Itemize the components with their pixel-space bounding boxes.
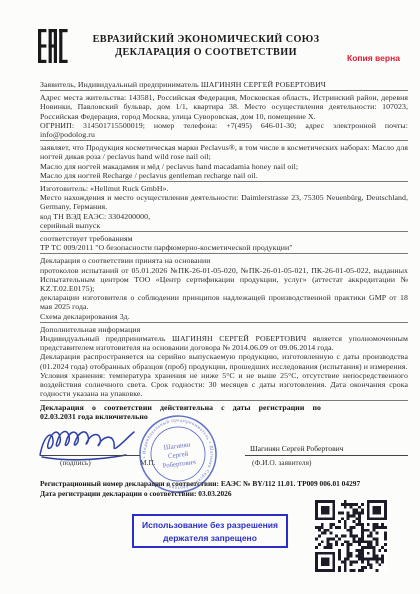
paragraph-declares: заявляет, что Продукция косметическая ма… [40,143,408,161]
stamp-name-line-2: Сергей [168,451,189,460]
paragraph-serial: серийный выпуск [40,221,408,232]
copy-valid-mark: Копия верна [347,53,400,63]
paragraph-tnved-code: код ТН ВЭД ЕАЭС: 3304200000, [40,212,408,221]
usage-restriction-box: Использование без разрешения держателя з… [132,514,288,548]
paragraph-additional-info: Дополнительная информация [40,325,408,334]
paragraph-serial-production: Декларация распространяется на серийно в… [40,352,408,370]
signature-line [40,455,140,456]
paragraph-manufacturer: Изготовитель: «Hellmut Ruck GmbH». [40,184,408,193]
paragraph-gmp: декларации изготовителя о соблюдении при… [40,293,408,311]
paragraph-scheme: Схема декларирования 3д. [40,312,408,323]
paragraph-validity-1: Декларация о соответствии действительна … [40,403,408,412]
eac-logo-icon [38,29,68,64]
signature-caption: (подпись) [60,458,91,467]
paragraph-contacts: ОГРНИП: 314501715500019; номер телефона:… [40,121,408,141]
registration-number-line: Регистрационный номер декларации о соотв… [40,479,408,489]
stamp-name-line-3: Робертович [162,459,196,470]
paragraph-address: Адрес места жительства: 143581, Российск… [40,93,408,121]
paragraph-product-2: Масло для ногтей макадамия и мёд / pecla… [40,162,408,171]
fio-caption: (Ф.И.О. заявителя) [252,458,311,467]
paragraph-complies: соответствует требованиям [40,234,408,243]
usage-restriction-line-1: Использование без разрешения [134,519,286,532]
paragraph-representative: Индивидуальный предприниматель ШАГИНЯН С… [40,334,408,352]
paragraph-tr-ts: ТР ТС 009/2011 "О безопасности парфюмерн… [40,243,408,254]
fio-line [245,455,408,456]
paragraph-storage: Условия хранения: температура хранения н… [40,371,408,401]
declaration-document: ЕАС ЕВРАЗИЙСКИЙ ЭКОНОМИЧЕСКИЙ СОЮЗ ДЕКЛА… [0,0,420,594]
applicant-name: Шагинян Сергей Робертович [250,444,344,453]
eac-logo-text: ЕАС [0,0,1,1]
paragraph-product-3: Масло для ногтей Recharge / peclavus gen… [40,171,408,182]
qr-code-icon [315,500,387,572]
declaration-body: Заявитель, Индивидуальный предпринимател… [40,80,408,421]
registration-date-line: Дата регистрации декларации о соответств… [40,489,408,499]
paragraph-applicant: Заявитель, Индивидуальный предпринимател… [40,80,408,91]
union-name: ЕВРАЗИЙСКИЙ ЭКОНОМИЧЕСКИЙ СОЮЗ [80,33,332,46]
document-title: ДЕКЛАРАЦИЯ О СООТВЕТСТВИИ [80,46,332,59]
registration-block: Регистрационный номер декларации о соотв… [40,479,408,498]
paragraph-basis: Декларация о соответствии принята на осн… [40,256,408,265]
usage-restriction-line-2: держателя запрещено [134,532,286,545]
paragraph-validity-2: 02.03.2031 года включительно [40,412,408,421]
paragraph-protocols: протоколов испытаний от 05.01.2026 №ПК-2… [40,266,408,294]
paragraph-manufacturer-address: Место нахождения и место осуществления д… [40,193,408,211]
signature-area: (подпись) М.П. • Индивидуальный предприн… [40,427,408,477]
document-header: ЕВРАЗИЙСКИЙ ЭКОНОМИЧЕСКИЙ СОЮЗ ДЕКЛАРАЦИ… [80,33,332,59]
